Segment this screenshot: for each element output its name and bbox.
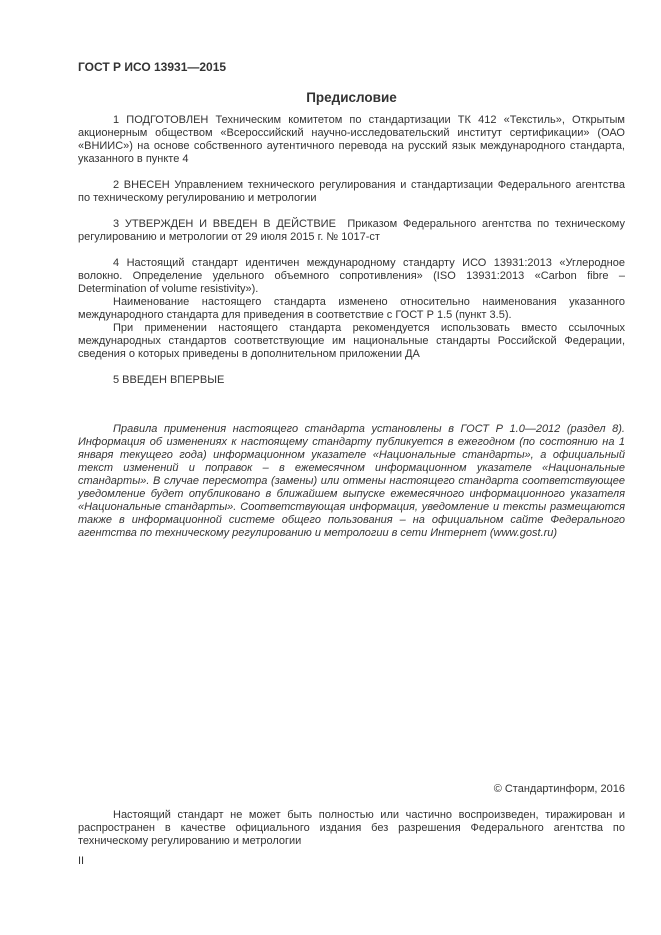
- foreword-paragraph-1: 1 ПОДГОТОВЛЕН Техническим комитетом по с…: [78, 114, 625, 166]
- document-page: ГОСТ Р ИСО 13931—2015 Предисловие 1 ПОДГ…: [0, 0, 661, 935]
- foreword-paragraph-3: 3 УТВЕРЖДЕН И ВВЕДЕН В ДЕЙСТВИЕ Приказом…: [78, 218, 625, 244]
- foreword-section: 1 ПОДГОТОВЛЕН Техническим комитетом по с…: [78, 114, 625, 387]
- foreword-paragraph-4: 4 Настоящий стандарт идентичен междунаро…: [78, 257, 625, 296]
- application-rules-note: Правила применения настоящего стандарта …: [78, 423, 625, 540]
- foreword-paragraph-4-note-1: Наименование настоящего стандарта измене…: [78, 296, 625, 322]
- copyright-notice: © Стандартинформ, 2016: [494, 783, 625, 796]
- page-number: II: [78, 855, 84, 868]
- page-content: ГОСТ Р ИСО 13931—2015 Предисловие 1 ПОДГ…: [0, 0, 661, 540]
- document-code: ГОСТ Р ИСО 13931—2015: [78, 60, 625, 74]
- reproduction-restriction-note: Настоящий стандарт не может быть полност…: [78, 809, 625, 848]
- foreword-paragraph-4-note-2: При применении настоящего стандарта реко…: [78, 322, 625, 361]
- foreword-paragraph-2: 2 ВНЕСЕН Управлением технического регули…: [78, 179, 625, 205]
- foreword-paragraph-5: 5 ВВЕДЕН ВПЕРВЫЕ: [78, 374, 625, 387]
- page-title: Предисловие: [78, 90, 625, 106]
